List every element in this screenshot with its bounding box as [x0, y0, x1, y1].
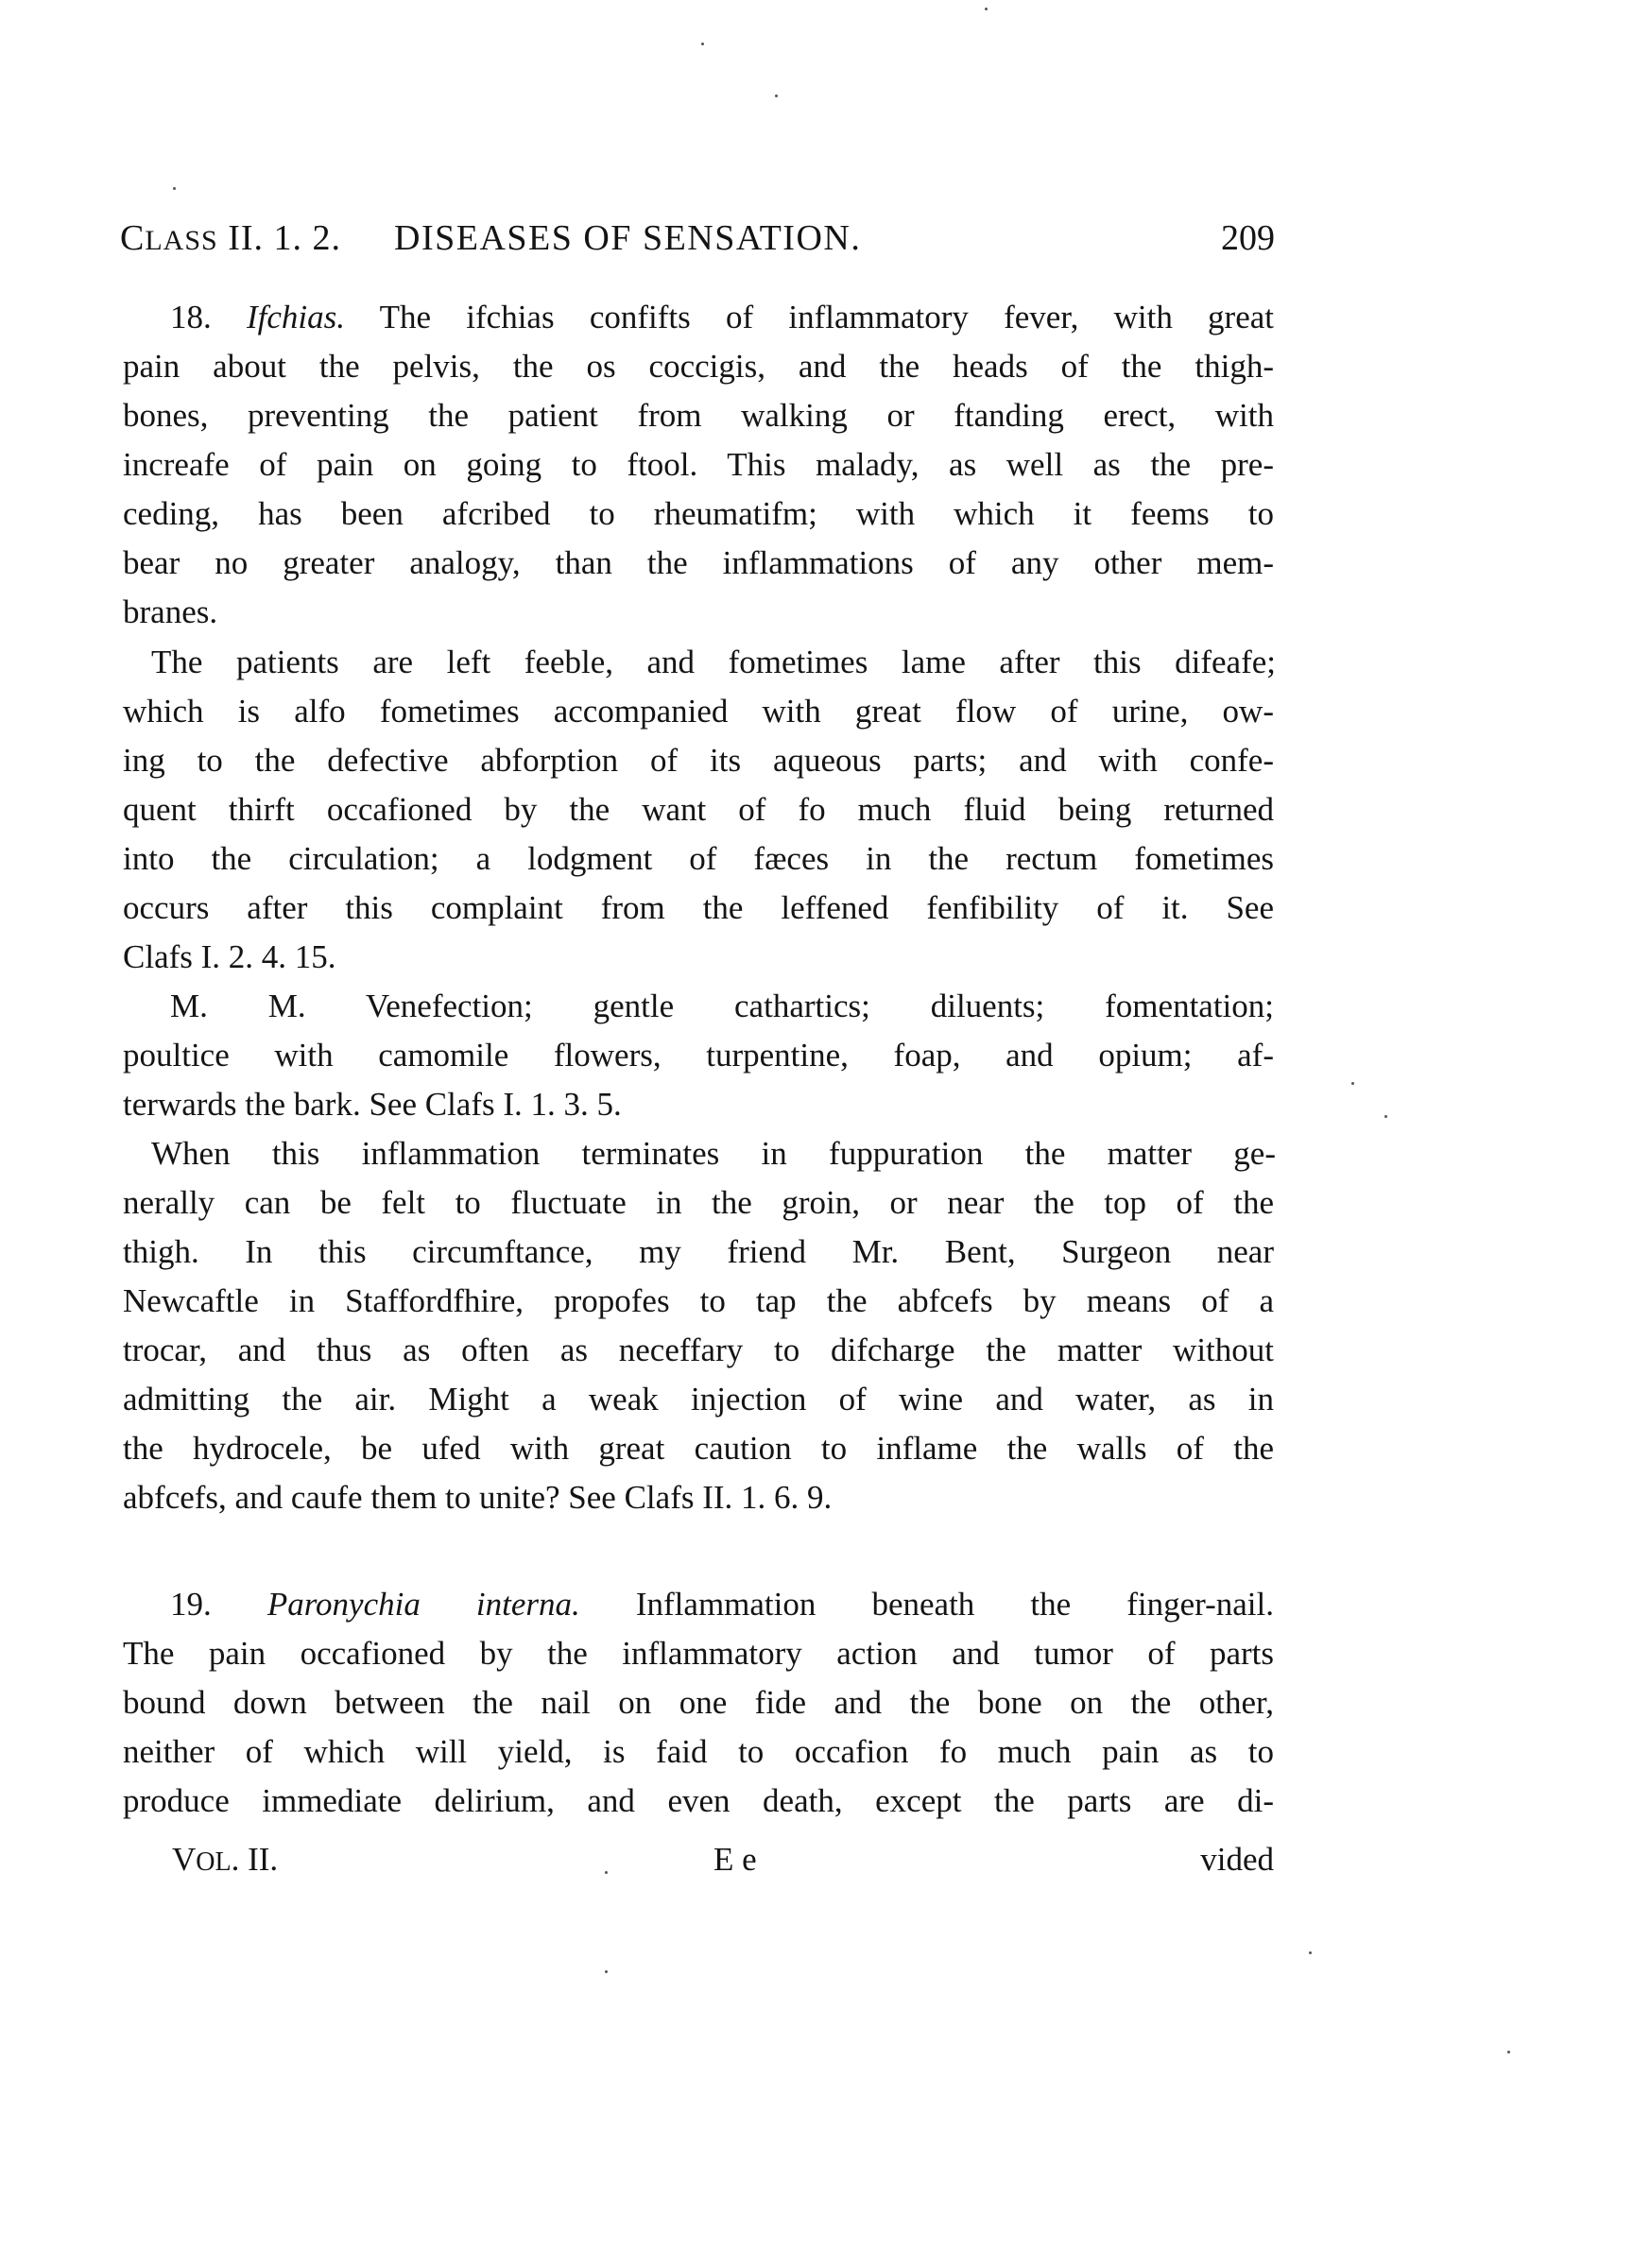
text-line: into the circulation; a lodgment of fæce…	[123, 834, 1274, 884]
text-line: thigh. In this circumftance, my friend M…	[123, 1228, 1274, 1277]
section-heading-line: 19. Paronychia interna. Inflammation ben…	[170, 1580, 1274, 1629]
text-line: branes.	[123, 588, 1274, 637]
text-line: pain about the pelvis, the os coccigis, …	[123, 342, 1274, 391]
section-number: 18.	[170, 299, 212, 335]
text-line: bear no greater analogy, than the inflam…	[123, 539, 1274, 588]
scan-speck	[1384, 1115, 1387, 1118]
text-line: bones, preventing the patient from walki…	[123, 391, 1274, 440]
section-heading-line: 18. Ifchias. The ifchias confifts of inf…	[170, 293, 1274, 342]
page-footer: VOL. II. E e vided	[123, 1835, 1274, 1884]
text-line: terwards the bark. See Clafs I. 1. 3. 5.	[123, 1080, 1274, 1129]
section-name: Paronychia interna.	[267, 1586, 580, 1623]
text-line: ing to the defective abforption of its a…	[123, 736, 1274, 785]
text-line: When this inflammation terminates in fup…	[151, 1129, 1276, 1178]
page-number: 209	[1221, 214, 1275, 263]
scan-speck	[1507, 2051, 1510, 2053]
text-line: nerally can be felt to fluctuate in the …	[123, 1178, 1274, 1228]
section-number: 19.	[170, 1586, 212, 1623]
scan-speck	[605, 1970, 608, 1973]
book-page: CLASS II. 1. 2. DISEASES OF SENSATION. 2…	[0, 0, 1633, 2268]
text-line: Newcaftle in Staffordfhire, propofes to …	[123, 1277, 1274, 1326]
signature-mark: E e	[713, 1835, 757, 1884]
scan-speck	[985, 8, 988, 10]
text-line: Clafs I. 2. 4. 15.	[123, 933, 1274, 982]
text-line: produce immediate delirium, and even dea…	[123, 1777, 1274, 1826]
text-line: admitting the air. Might a weak injectio…	[123, 1375, 1274, 1424]
text-line: The patients are left feeble, and fometi…	[151, 638, 1276, 687]
text-line: M. M. Venefection; gentle cathartics; di…	[170, 982, 1274, 1031]
text-line: ceding, has been afcribed to rheumatifm;…	[123, 490, 1274, 539]
running-head-title: DISEASES OF SENSATION.	[394, 214, 861, 263]
text-line: increafe of pain on going to ftool. This…	[123, 440, 1274, 490]
scan-speck	[173, 187, 176, 190]
scan-speck	[605, 1758, 608, 1761]
scan-speck	[1309, 1951, 1312, 1954]
section-name: Ifchias.	[247, 299, 345, 335]
running-head: CLASS II. 1. 2. DISEASES OF SENSATION. 2…	[120, 214, 1275, 263]
text-line: trocar, and thus as often as neceffary t…	[123, 1326, 1274, 1375]
volume-signature: VOL. II.	[172, 1835, 278, 1887]
scan-speck	[701, 43, 704, 45]
scan-speck	[605, 1871, 608, 1874]
text-line: poultice with camomile flowers, turpenti…	[123, 1031, 1274, 1080]
text-line: the hydrocele, be ufed with great cautio…	[123, 1424, 1274, 1473]
text-line: abfcefs, and caufe them to unite? See Cl…	[123, 1473, 1274, 1522]
scan-speck	[775, 94, 778, 97]
text-line: which is alfo fometimes accompanied with…	[123, 687, 1274, 736]
running-head-class: CLASS II. 1. 2.	[120, 214, 341, 266]
scan-speck	[1351, 1082, 1354, 1085]
text-line: bound down between the nail on one fide …	[123, 1678, 1274, 1727]
text-line: occurs after this complaint from the lef…	[123, 884, 1274, 933]
text-line: The pain occafioned by the inflammatory …	[123, 1629, 1274, 1678]
catchword: vided	[1200, 1835, 1274, 1884]
text-line: quent thirft occafioned by the want of f…	[123, 785, 1274, 834]
text-line: neither of which will yield, is faid to …	[123, 1727, 1274, 1777]
